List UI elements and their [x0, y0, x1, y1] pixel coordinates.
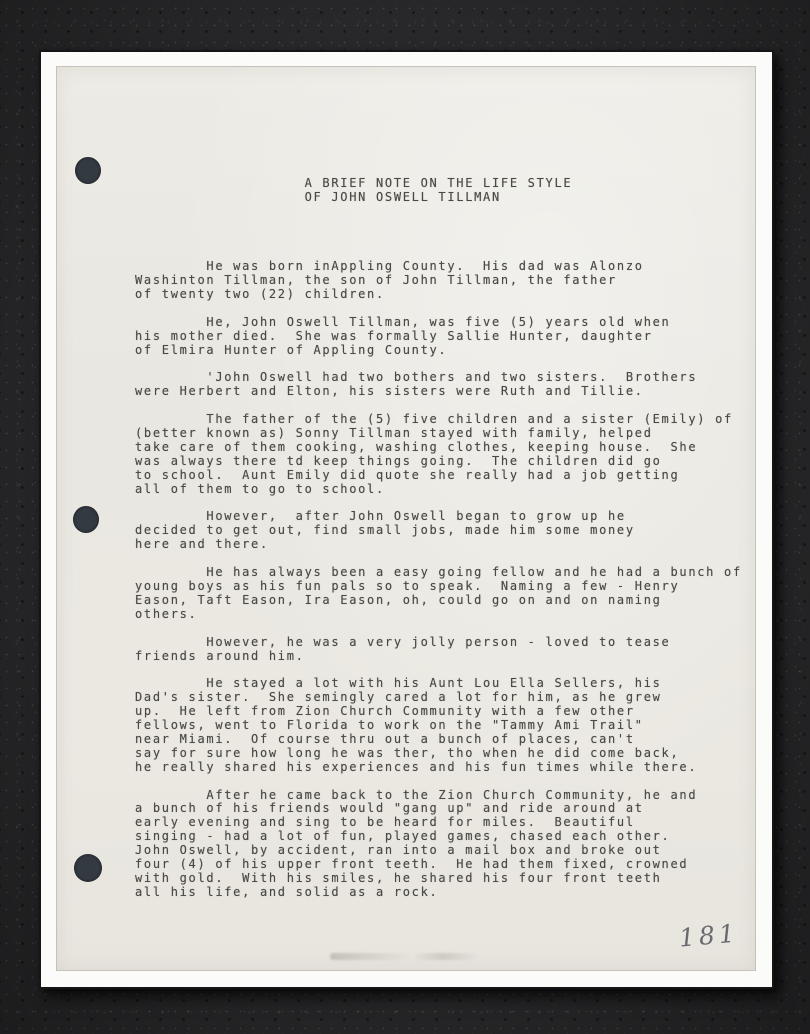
- paragraph: However, he was a very jolly person - lo…: [135, 636, 760, 664]
- paragraph: He stayed a lot with his Aunt Lou Ella S…: [135, 677, 760, 774]
- paragraph: He has always been a easy going fellow a…: [135, 566, 760, 622]
- hole-punch-bottom: [74, 854, 102, 882]
- document-body: He was born inAppling County. His dad wa…: [135, 260, 760, 900]
- hole-punch-top: [75, 157, 101, 184]
- photo-frame: A BRIEF NOTE ON THE LIFE STYLE OF JOHN O…: [39, 50, 774, 989]
- typewritten-text: A BRIEF NOTE ON THE LIFE STYLE OF JOHN O…: [135, 149, 760, 942]
- paragraph: 'John Oswell had two bothers and two sis…: [135, 371, 760, 399]
- document-page: A BRIEF NOTE ON THE LIFE STYLE OF JOHN O…: [56, 66, 756, 971]
- paragraph: After he came back to the Zion Church Co…: [135, 789, 760, 900]
- paragraph: The father of the (5) five children and …: [135, 413, 760, 496]
- hole-punch-middle: [73, 506, 99, 533]
- paragraph: He was born inAppling County. His dad wa…: [135, 260, 760, 302]
- document-title: A BRIEF NOTE ON THE LIFE STYLE OF JOHN O…: [135, 177, 760, 205]
- bottom-edge-smudge: [330, 953, 480, 960]
- paragraph: However, after John Oswell began to grow…: [135, 510, 760, 552]
- paragraph: He, John Oswell Tillman, was five (5) ye…: [135, 316, 760, 358]
- scan-background: A BRIEF NOTE ON THE LIFE STYLE OF JOHN O…: [0, 0, 810, 1034]
- handwritten-page-number: 181: [678, 918, 740, 952]
